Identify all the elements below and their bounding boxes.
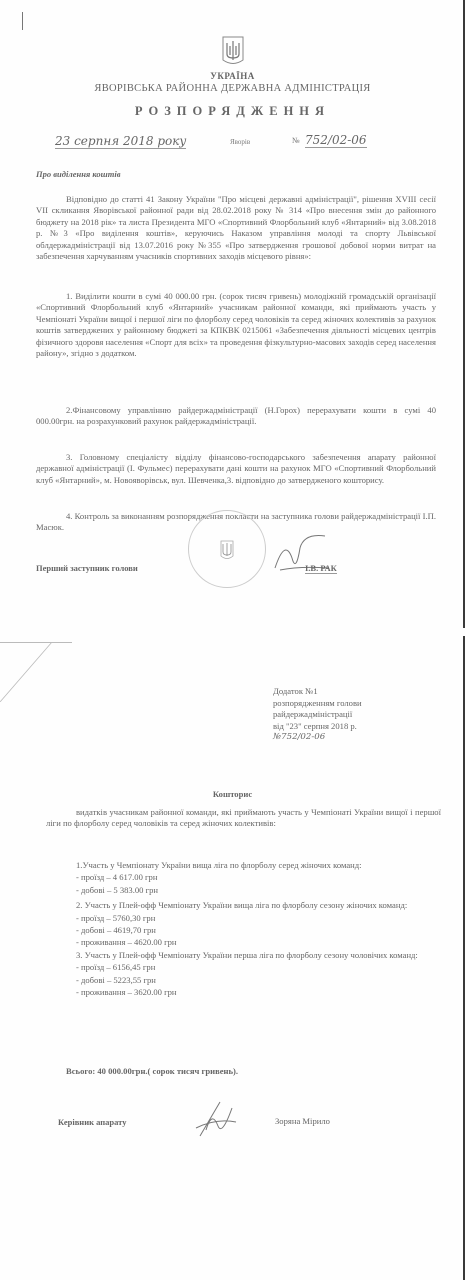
trident-emblem-icon	[222, 36, 244, 68]
order-item-3: 3. Головному спеціалісту відділу фінансо…	[36, 452, 436, 486]
annex-date: від "23" серпня 2018 р.	[273, 721, 362, 733]
page-fold-diagonal	[0, 642, 60, 702]
document-subject: Про виділення коштів	[36, 169, 121, 179]
estimate-intro: видатків учасникам районної команди, які…	[46, 807, 441, 830]
number-label: №	[292, 136, 300, 145]
section-3-heading: 3. Участь у Плей-офф Чемпіонату України …	[46, 949, 441, 961]
document-type: РОЗПОРЯДЖЕННЯ	[0, 104, 465, 119]
signer-title: Перший заступник голови	[36, 563, 138, 573]
section-2-line: - проживання – 4620.00 грн	[46, 936, 441, 948]
section-3-line: - проїзд – 6156,45 грн	[46, 961, 441, 973]
order-item-2: 2.Фінансовому управлінню райдержадмініст…	[36, 405, 436, 428]
annex-number: Додаток №1	[273, 686, 362, 698]
section-2-line: - проїзд – 5760,30 грн	[46, 912, 441, 924]
signer-name: І.В. РАК	[305, 563, 337, 574]
preamble: Відповідно до статті 41 Закону України "…	[36, 194, 436, 262]
country-name: УКРАЇНА	[0, 71, 465, 81]
section-1-line: - добові – 5 383.00 грн	[46, 884, 441, 896]
section-1-line: - проїзд – 4 617.00 грн	[46, 871, 441, 883]
section-3-line: - добові – 5223,55 грн	[46, 974, 441, 986]
order-item-1: 1. Виділити кошти в сумі 40 000.00 грн. …	[36, 291, 436, 359]
scan-mark	[22, 12, 23, 30]
estimate-sections: 1.Участь у Чемпіонату України вища ліга …	[46, 859, 441, 998]
annex-signer-title: Керівник апарату	[58, 1117, 126, 1127]
document-date: 23 серпня 2018 року	[55, 134, 186, 149]
annex-doc-number: №752/02-06	[273, 732, 362, 744]
section-3-line: - проживання – 3620.00 грн	[46, 986, 441, 998]
signature-mirylo	[192, 1100, 238, 1140]
seal-trident-icon	[220, 540, 234, 562]
document-number: 752/02-06	[305, 133, 367, 148]
annex-block: Додаток №1 розпорядженням голови райдерж…	[273, 686, 362, 744]
annex-signer-name: Зоряна Мірило	[275, 1116, 330, 1126]
annex-authority: райдержадміністрації	[273, 709, 362, 721]
section-2-heading: 2. Участь у Плей-офф Чемпіонату України …	[46, 899, 441, 911]
estimate-total: Всього: 40 000.00грн.( сорок тисяч гриве…	[66, 1066, 426, 1077]
section-1-heading: 1.Участь у Чемпіонату України вища ліга …	[46, 859, 441, 871]
estimate-title: Кошторис	[0, 789, 465, 799]
section-2-line: - добові – 4619,70 грн	[46, 924, 441, 936]
document-place: Яворів	[230, 138, 250, 146]
annex-ref: розпорядженням голови	[273, 698, 362, 710]
administration-name: ЯВОРІВСЬКА РАЙОННА ДЕРЖАВНА АДМІНІСТРАЦІ…	[0, 83, 465, 94]
